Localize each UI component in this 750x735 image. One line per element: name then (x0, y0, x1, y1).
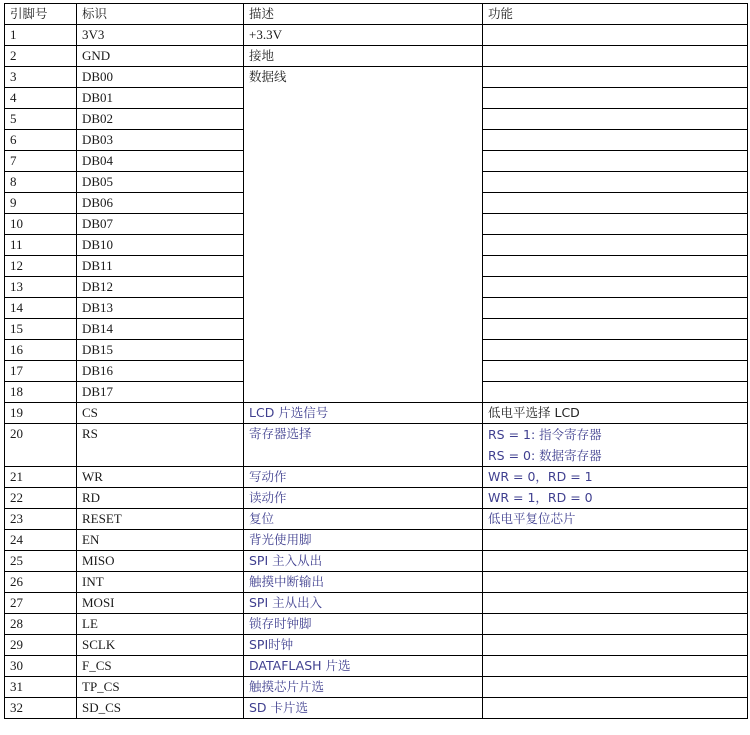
func-cell (483, 530, 748, 551)
desc-cell: 触摸中断输出 (244, 572, 483, 593)
label-cell: SCLK (77, 635, 244, 656)
pin-cell: 6 (5, 130, 77, 151)
table-row: 1 3V3 +3.3V (5, 25, 748, 46)
desc-cell: +3.3V (244, 25, 483, 46)
func-cell (483, 46, 748, 67)
pin-cell: 5 (5, 109, 77, 130)
label-cell: RESET (77, 509, 244, 530)
func-cell (483, 382, 748, 403)
func-cell (483, 677, 748, 698)
header-row: 引脚号 标识 描述 功能 (5, 4, 748, 25)
func-cell (483, 340, 748, 361)
label-cell: DB00 (77, 67, 244, 88)
desc-cell: SPI 主入从出 (244, 551, 483, 572)
func-cell (483, 109, 748, 130)
pin-cell: 12 (5, 256, 77, 277)
func-cell: 低电平选择 LCD (483, 403, 748, 424)
pin-cell: 4 (5, 88, 77, 109)
table-row: 29 SCLK SPI时钟 (5, 635, 748, 656)
func-cell (483, 67, 748, 88)
pin-cell: 8 (5, 172, 77, 193)
label-cell: GND (77, 46, 244, 67)
table-row: 24 EN 背光使用脚 (5, 530, 748, 551)
func-line-2: RS = 0: 数据寄存器 (488, 445, 747, 466)
func-cell (483, 635, 748, 656)
table-row: 2 GND 接地 (5, 46, 748, 67)
pin-cell: 13 (5, 277, 77, 298)
label-cell: DB02 (77, 109, 244, 130)
table-row: 25 MISO SPI 主入从出 (5, 551, 748, 572)
table-row: 21 WR 写动作 WR = 0，RD = 1 (5, 467, 748, 488)
label-cell: RS (77, 424, 244, 467)
pin-cell: 26 (5, 572, 77, 593)
pin-cell: 18 (5, 382, 77, 403)
label-cell: DB01 (77, 88, 244, 109)
label-cell: 3V3 (77, 25, 244, 46)
header-func: 功能 (483, 4, 748, 25)
label-cell: DB10 (77, 235, 244, 256)
pin-cell: 25 (5, 551, 77, 572)
pin-cell: 30 (5, 656, 77, 677)
label-cell: DB07 (77, 214, 244, 235)
label-cell: DB17 (77, 382, 244, 403)
func-cell (483, 130, 748, 151)
desc-cell: SD 卡片选 (244, 698, 483, 719)
pin-cell: 27 (5, 593, 77, 614)
func-cell (483, 25, 748, 46)
table-row: 3 DB00 数据线 (5, 67, 748, 88)
func-cell: WR = 0，RD = 1 (483, 467, 748, 488)
pin-cell: 10 (5, 214, 77, 235)
pin-definition-table: 引脚号 标识 描述 功能 1 3V3 +3.3V 2 GND 接地 3 DB00… (4, 3, 748, 719)
pin-cell: 1 (5, 25, 77, 46)
func-cell: WR = 1，RD = 0 (483, 488, 748, 509)
pin-cell: 29 (5, 635, 77, 656)
label-cell: WR (77, 467, 244, 488)
desc-cell: DATAFLASH 片选 (244, 656, 483, 677)
label-cell: DB03 (77, 130, 244, 151)
table-row: 28 LE 锁存时钟脚 (5, 614, 748, 635)
func-cell: 低电平复位芯片 (483, 509, 748, 530)
func-cell (483, 151, 748, 172)
pin-cell: 31 (5, 677, 77, 698)
func-cell (483, 656, 748, 677)
desc-cell: SPI 主从出入 (244, 593, 483, 614)
pin-cell: 28 (5, 614, 77, 635)
label-cell: DB06 (77, 193, 244, 214)
table-row: 30 F_CS DATAFLASH 片选 (5, 656, 748, 677)
label-cell: DB05 (77, 172, 244, 193)
table-row: 26 INT 触摸中断输出 (5, 572, 748, 593)
desc-cell: 触摸芯片片选 (244, 677, 483, 698)
func-cell (483, 88, 748, 109)
label-cell: DB13 (77, 298, 244, 319)
desc-cell: 写动作 (244, 467, 483, 488)
pin-cell: 24 (5, 530, 77, 551)
desc-cell: SPI时钟 (244, 635, 483, 656)
header-label: 标识 (77, 4, 244, 25)
func-cell (483, 256, 748, 277)
pin-cell: 15 (5, 319, 77, 340)
label-cell: DB14 (77, 319, 244, 340)
pin-cell: 23 (5, 509, 77, 530)
func-cell (483, 551, 748, 572)
desc-cell: 寄存器选择 (244, 424, 483, 467)
func-cell (483, 193, 748, 214)
pin-cell: 19 (5, 403, 77, 424)
pin-cell: 21 (5, 467, 77, 488)
label-cell: MOSI (77, 593, 244, 614)
pin-cell: 22 (5, 488, 77, 509)
label-cell: DB15 (77, 340, 244, 361)
pin-cell: 3 (5, 67, 77, 88)
label-cell: DB16 (77, 361, 244, 382)
label-cell: CS (77, 403, 244, 424)
func-line-1: RS = 1: 指令寄存器 (488, 424, 747, 445)
desc-cell: 读动作 (244, 488, 483, 509)
desc-cell: 背光使用脚 (244, 530, 483, 551)
func-cell (483, 235, 748, 256)
func-cell (483, 698, 748, 719)
pin-cell: 14 (5, 298, 77, 319)
label-cell: LE (77, 614, 244, 635)
func-cell (483, 593, 748, 614)
func-cell (483, 361, 748, 382)
table-row: 27 MOSI SPI 主从出入 (5, 593, 748, 614)
pin-cell: 7 (5, 151, 77, 172)
func-cell (483, 172, 748, 193)
data-bus-desc-cell: 数据线 (244, 67, 483, 403)
func-cell (483, 319, 748, 340)
desc-cell: 复位 (244, 509, 483, 530)
pin-cell: 2 (5, 46, 77, 67)
table-row: 19 CS LCD 片选信号 低电平选择 LCD (5, 403, 748, 424)
pin-cell: 11 (5, 235, 77, 256)
func-cell (483, 277, 748, 298)
pin-cell: 20 (5, 424, 77, 467)
func-cell (483, 214, 748, 235)
label-cell: RD (77, 488, 244, 509)
pin-cell: 16 (5, 340, 77, 361)
func-cell (483, 614, 748, 635)
table-row: 32 SD_CS SD 卡片选 (5, 698, 748, 719)
func-cell: RS = 1: 指令寄存器 RS = 0: 数据寄存器 (483, 424, 748, 467)
func-cell (483, 572, 748, 593)
table-row: 20 RS 寄存器选择 RS = 1: 指令寄存器 RS = 0: 数据寄存器 (5, 424, 748, 467)
label-cell: MISO (77, 551, 244, 572)
label-cell: INT (77, 572, 244, 593)
desc-cell: LCD 片选信号 (244, 403, 483, 424)
table-row: 31 TP_CS 触摸芯片片选 (5, 677, 748, 698)
table-row: 23 RESET 复位 低电平复位芯片 (5, 509, 748, 530)
desc-cell: 接地 (244, 46, 483, 67)
label-cell: F_CS (77, 656, 244, 677)
label-cell: DB11 (77, 256, 244, 277)
pin-cell: 17 (5, 361, 77, 382)
label-cell: SD_CS (77, 698, 244, 719)
table-row: 22 RD 读动作 WR = 1，RD = 0 (5, 488, 748, 509)
header-desc: 描述 (244, 4, 483, 25)
label-cell: DB04 (77, 151, 244, 172)
header-pin: 引脚号 (5, 4, 77, 25)
label-cell: EN (77, 530, 244, 551)
pin-cell: 9 (5, 193, 77, 214)
label-cell: DB12 (77, 277, 244, 298)
pin-cell: 32 (5, 698, 77, 719)
desc-cell: 锁存时钟脚 (244, 614, 483, 635)
label-cell: TP_CS (77, 677, 244, 698)
func-cell (483, 298, 748, 319)
